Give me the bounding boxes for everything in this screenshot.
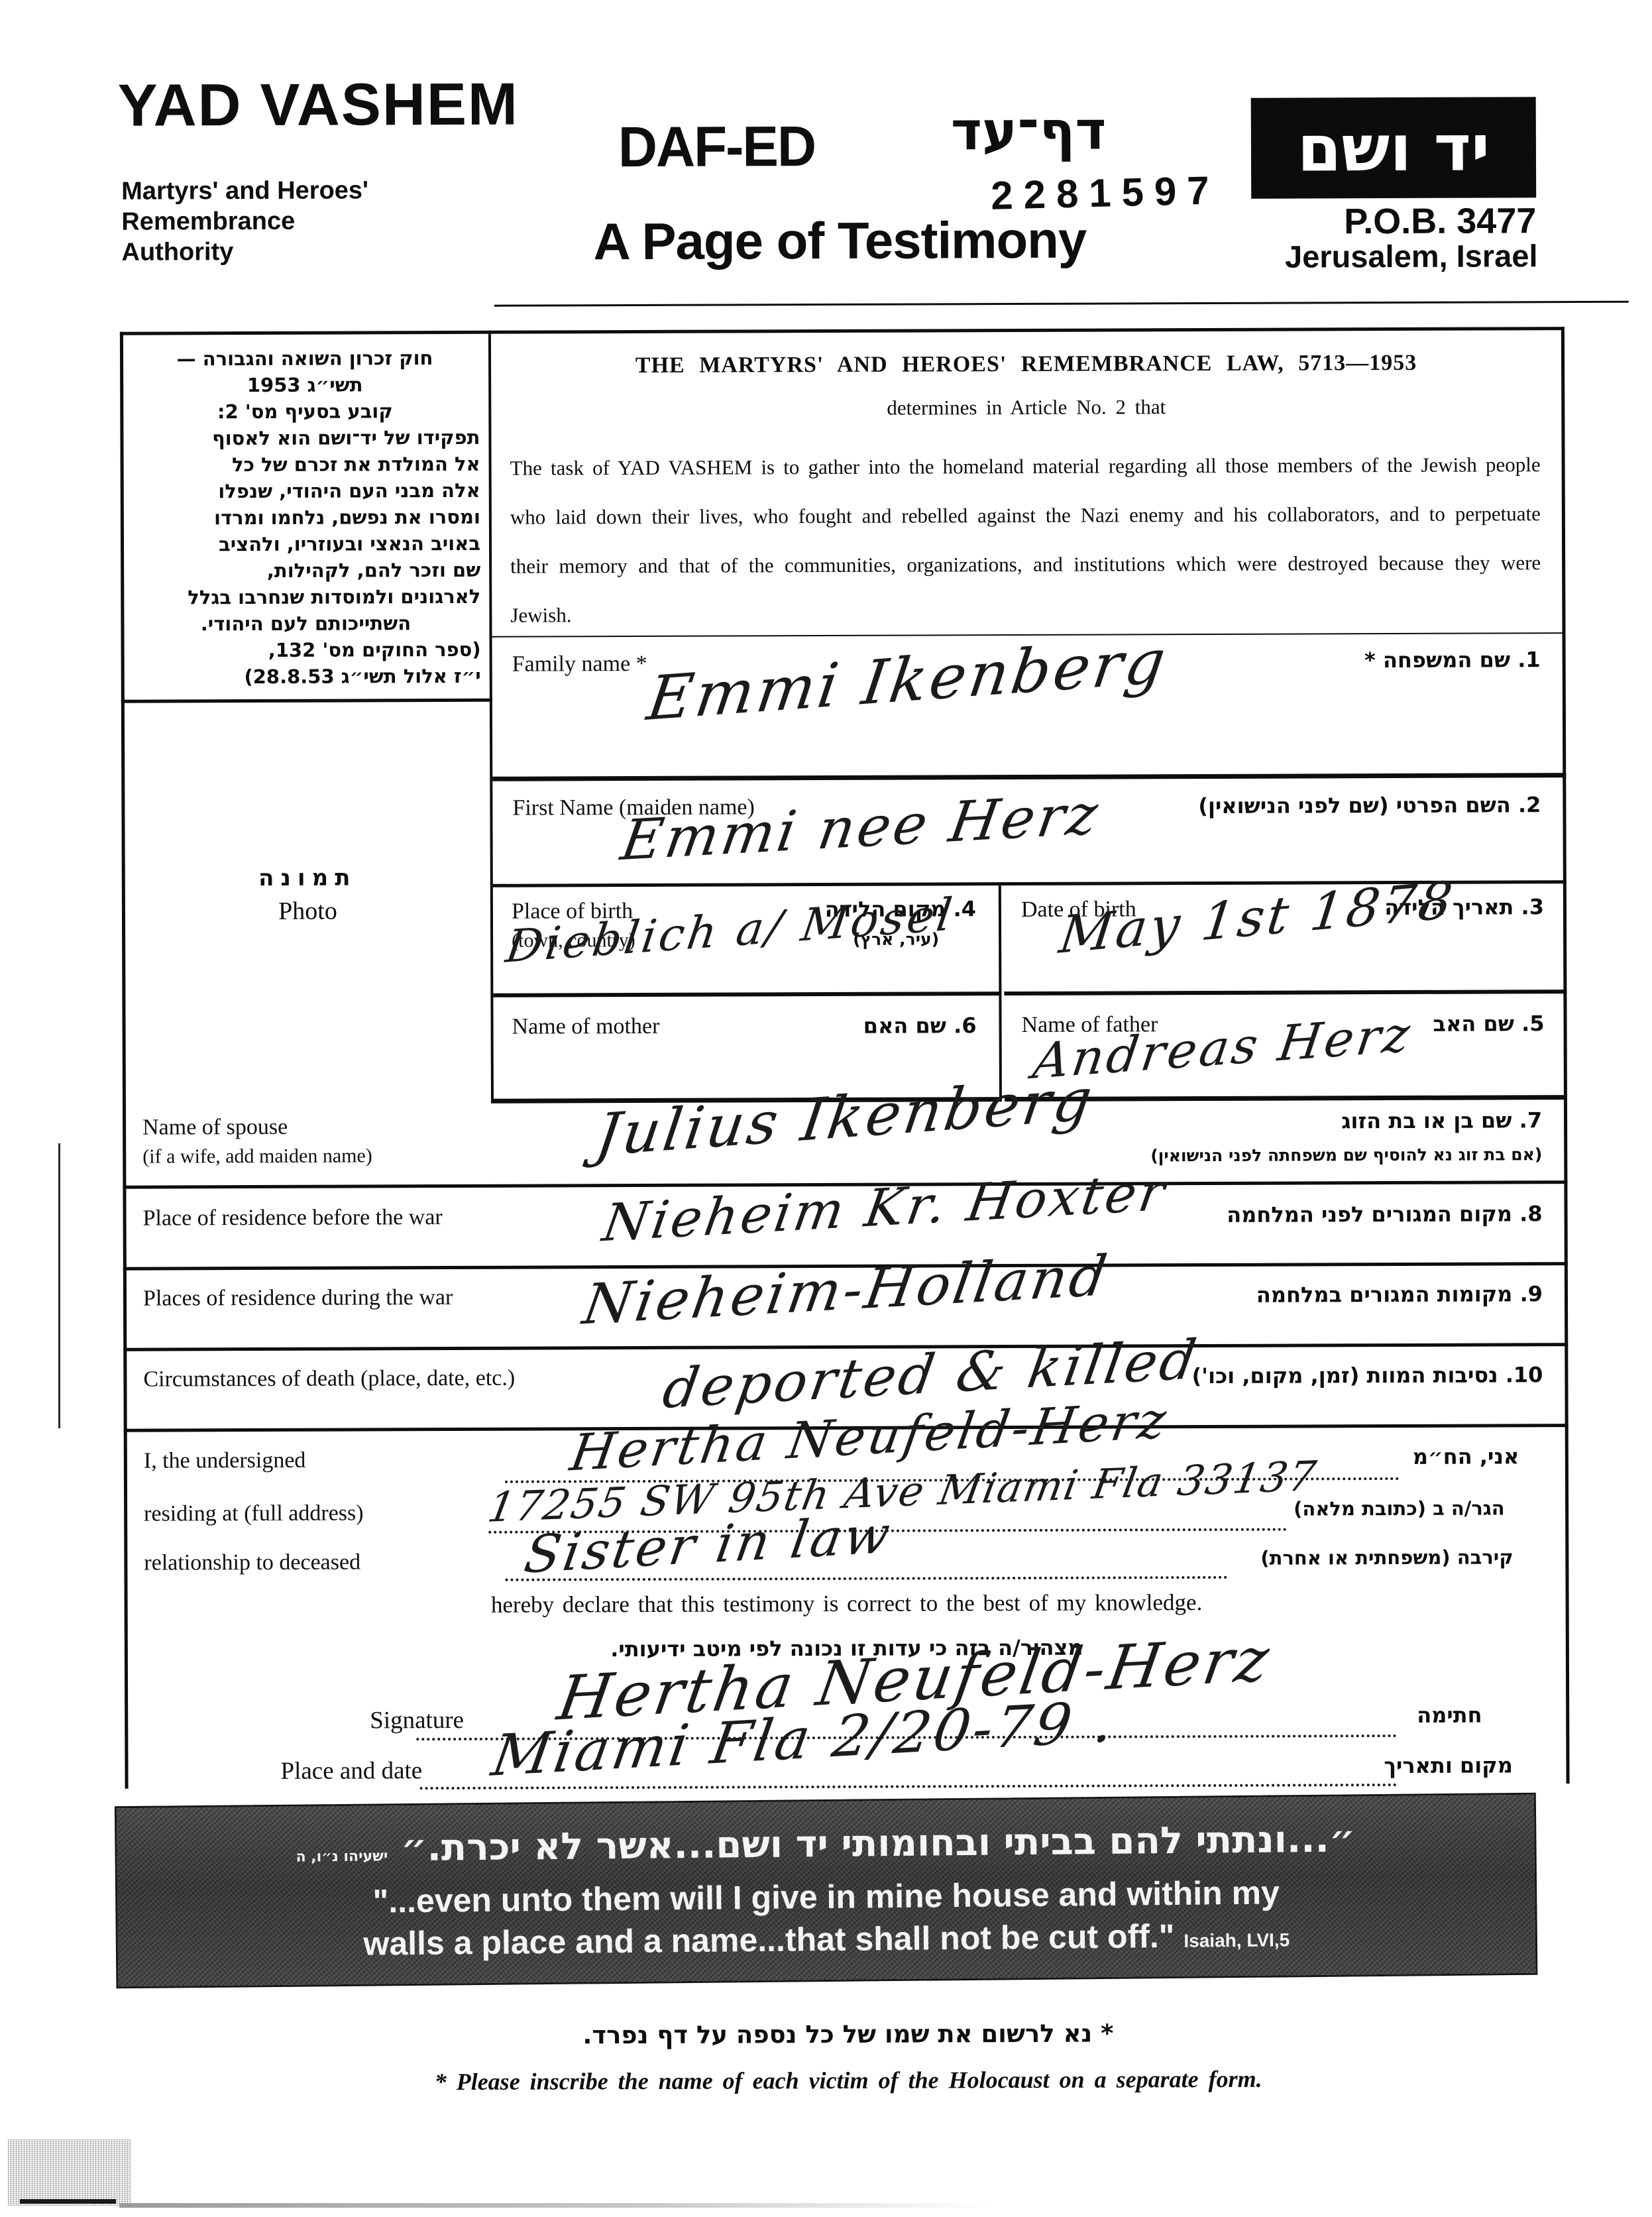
footnote-english: * Please inscribe the name of each victi… bbox=[126, 2064, 1570, 2097]
law-sidebar-line: תפקידו של יד־ושם הוא לאסוף bbox=[130, 424, 480, 452]
scan-artifact-smear bbox=[119, 2203, 994, 2208]
page-title: A Page of Testimony bbox=[593, 210, 1086, 272]
law-body: The task of YAD VASHEM is to gather into… bbox=[510, 440, 1541, 640]
daf-ed-title: DAF-ED bbox=[618, 114, 816, 180]
logo-box: יד ושם bbox=[1251, 97, 1537, 199]
banner-english-line2: walls a place and a name...that shall no… bbox=[118, 1913, 1535, 1966]
law-sidebar-line: קובע בסעיף מס' 2: bbox=[130, 398, 480, 426]
family-name-label-he: 1. שם המשפחה * bbox=[1364, 647, 1541, 673]
document: YAD VASHEM Martyrs' and Heroes' Remembra… bbox=[0, 0, 1652, 2217]
name-of-mother-label-he: 6. שם האם bbox=[863, 1013, 977, 1039]
residence-before-label-he: 8. מקום המגורים לפני המלחמה bbox=[1227, 1201, 1542, 1227]
law-title: THE MARTYRS' AND HEROES' REMEMBRANCE LAW… bbox=[491, 350, 1561, 379]
spouse-label-he: 7. שם בן או בת הזוג bbox=[1341, 1108, 1542, 1133]
law-text-panel: THE MARTYRS' AND HEROES' REMEMBRANCE LAW… bbox=[491, 330, 1563, 636]
undersigned-label-en: I, the undersigned bbox=[144, 1448, 306, 1474]
scan-artifact-noise bbox=[8, 2139, 131, 2206]
signature-label: Signature bbox=[370, 1706, 464, 1734]
law-sidebar-line: ומסרו את נפשם, נלחמו ומרדו bbox=[131, 504, 480, 532]
daf-ed-hebrew: דף־עד bbox=[951, 100, 1107, 162]
relationship-label-he: קירבה (משפחתית או אחרת) bbox=[1260, 1546, 1513, 1569]
photo-label-hebrew: תמונה bbox=[125, 864, 490, 892]
city: Jerusalem, Israel bbox=[1251, 237, 1537, 275]
page-of-testimony-scan: YAD VASHEM Martyrs' and Heroes' Remembra… bbox=[0, 0, 1652, 2217]
residence-during-label-he: 9. מקומות המגורים במלחמה bbox=[1256, 1281, 1543, 1308]
residence-before-label-en: Place of residence before the war bbox=[143, 1205, 443, 1231]
spouse-label-he2: (אם בת זוג נא להוסיף שם משפחתה לפני הניש… bbox=[1150, 1145, 1542, 1165]
law-sidebar-line: שם וזכר להם, לקהילות, bbox=[131, 557, 480, 585]
law-sidebar-line-he-part: י״ז אלול תשי״ג bbox=[335, 665, 481, 688]
death-label-en: Circumstances of death (place, date, etc… bbox=[143, 1366, 515, 1393]
banner-hebrew-quote: ״...ונתתי להם בביתי ובחומותי יד ושם...אש… bbox=[400, 1817, 1355, 1870]
quote-banner: ״...ונתתי להם בביתי ובחומותי יד ושם...אש… bbox=[115, 1793, 1538, 1989]
law-sidebar-line: (ספר החוקים מס' 132, bbox=[131, 636, 481, 664]
place-date-label-he: מקום ותאריך bbox=[1384, 1752, 1513, 1778]
law-sidebar-line: חוק זכרון השואה והגבורה — bbox=[130, 345, 480, 372]
law-sidebar-line-date-part: (28.8.53 bbox=[244, 665, 334, 688]
residing-label-he: הגר/ה ב (כתובת מלאה) bbox=[1294, 1497, 1505, 1520]
residence-during-label-en: Places of residence during the war bbox=[143, 1285, 453, 1312]
spouse-label-en2: (if a wife, add maiden name) bbox=[142, 1145, 372, 1168]
footnote-hebrew: * נא לרשום את שמו של כל נספה על דף נפרד. bbox=[126, 2018, 1570, 2051]
declare-statement-en: hereby declare that this testimony is co… bbox=[125, 1588, 1569, 1620]
law-sidebar-line: י״ז אלול תשי״ג (28.8.53 bbox=[131, 663, 481, 691]
top-artifact-line bbox=[494, 301, 1629, 307]
law-sidebar-line: באויב הנאצי ובעוזריו, ולהציב bbox=[131, 530, 480, 558]
law-sidebar-line: השתייכותם לעם היהודי. bbox=[131, 610, 480, 638]
name-of-father-label-he: 5. שם האב bbox=[1433, 1011, 1544, 1037]
law-subtitle: determines in Article No. 2 that bbox=[491, 394, 1561, 422]
org-subtitle-line: Martyrs' and Heroes' bbox=[121, 175, 368, 206]
photo-label-english: Photo bbox=[125, 896, 490, 927]
signature-label-he: חתימה bbox=[1417, 1703, 1482, 1728]
law-sidebar-line: אלה מבני העם היהודי, שנפלו bbox=[131, 477, 480, 505]
banner-english-source: Isaiah, LVI,5 bbox=[1184, 1929, 1290, 1951]
org-subtitle-line: Authority bbox=[121, 236, 368, 267]
name-of-mother-label-en: Name of mother bbox=[512, 1014, 660, 1040]
banner-hebrew-source: ישעיהו נ״ו, ה bbox=[296, 1848, 388, 1865]
spouse-label-en: Name of spouse bbox=[142, 1115, 288, 1141]
law-sidebar-line: לארגונים ולמוסדות שנחרבו בגלל bbox=[131, 583, 480, 611]
first-name-label-he: 2. השם הפרטי (שם לפני הנישואין) bbox=[1198, 792, 1541, 819]
logo-hebrew-text: יד ושם bbox=[1297, 110, 1490, 186]
org-subtitle-line: Remembrance bbox=[121, 205, 368, 237]
place-date-label: Place and date bbox=[280, 1756, 422, 1786]
banner-hebrew-line: ״...ונתתי להם בביתי ובחומותי יד ושם...אש… bbox=[117, 1816, 1535, 1873]
org-subtitle: Martyrs' and Heroes' Remembrance Authori… bbox=[121, 175, 368, 267]
residing-label-en: residing at (full address) bbox=[144, 1501, 364, 1526]
photo-box: תמונה Photo bbox=[125, 702, 491, 1105]
org-name: YAD VASHEM bbox=[118, 71, 519, 141]
law-sidebar-line: אל המולדת את זכרם של כל bbox=[131, 451, 480, 479]
law-sidebar-line: תשי״ג 1953 bbox=[130, 371, 480, 399]
death-label-he: 10. נסיבות המוות (זמן, מקום, וכו') bbox=[1192, 1362, 1543, 1389]
scan-artifact-left-line bbox=[58, 1143, 60, 1428]
family-name-label-en: Family name * bbox=[512, 652, 647, 677]
scan-artifact-bar bbox=[20, 2199, 116, 2204]
banner-english-quote-end: walls a place and a name...that shall no… bbox=[363, 1917, 1174, 1962]
pob: P.O.B. 3477 bbox=[1251, 200, 1536, 243]
undersigned-label-he: אני, הח״מ bbox=[1413, 1444, 1519, 1469]
relationship-label-en: relationship to deceased bbox=[144, 1550, 360, 1575]
law-sidebar: חוק זכרון השואה והגבורה — תשי״ג 1953 קוב… bbox=[130, 345, 481, 691]
